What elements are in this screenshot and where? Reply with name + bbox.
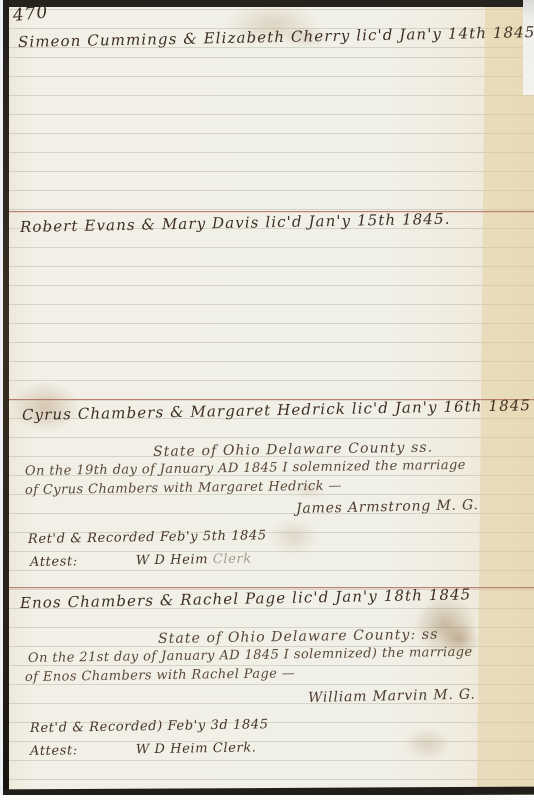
entry-4-attest-label: Attest: [30,743,78,759]
section-divider-line [9,211,534,212]
ink-stain [268,518,320,556]
scan-margin-top-right [523,0,534,95]
marriage-register-scan: 470 Simeon Cummings & Elizabeth Cherry l… [0,0,534,800]
entry-3-attest-label: Attest: [30,554,78,570]
ink-stain [402,728,452,760]
entry-3-clerk-signature: W D Heim [136,552,209,568]
page-number: 470 [12,2,49,26]
entry-4-clerk-title: Clerk. [213,740,257,756]
entry-4-clerk-signature: W D Heim [136,741,209,757]
scan-margin-left [0,0,3,800]
scan-margin-bottom [0,795,534,800]
entry-3-clerk-title: Clerk [213,552,252,568]
book-edge-left [3,0,9,793]
book-edge-top [0,0,524,7]
